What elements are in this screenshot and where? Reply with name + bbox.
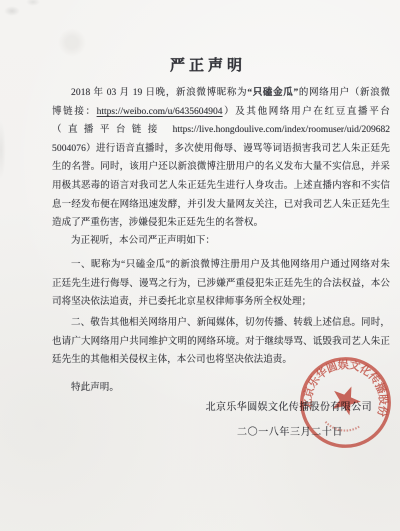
paragraph-line: 2018 年 03 月 19 日晚，新浪微博昵称为“只磕金瓜”的网络用户（新浪微 bbox=[52, 84, 390, 103]
line-text: 的网络用户（新浪微 bbox=[298, 88, 390, 98]
lead-in: 为正视听，本公司严正声明如下： bbox=[52, 232, 390, 251]
paragraph-line: 用极其恶毒的语言对我司艺人朱正廷先生进行人身攻击。上述直播内容和不实信 bbox=[52, 177, 390, 196]
statement-document: 严正声明 2018 年 03 月 19 日晚，新浪微博昵称为“只磕金瓜”的网络用… bbox=[0, 0, 400, 531]
paragraph-line: 息一经发布便在网络迅速发酵，并引发大量网友关注，已对我司艺人朱正廷先生 bbox=[52, 196, 390, 215]
paragraph-line: 博链接：https://weibo.com/u/6435604904）及其他网络… bbox=[52, 103, 390, 122]
paragraph-line: 为正视听，本公司严正声明如下： bbox=[52, 232, 390, 251]
line-text: ）及其他网络用户在红豆直播平台 bbox=[223, 107, 390, 117]
paragraph-line: 也请广大网络用户共同维护文明的网络环境。对于继续辱骂、诋毁我司艺人朱正 bbox=[52, 333, 390, 352]
closing-line: 特此声明。 bbox=[52, 379, 390, 398]
weibo-nickname: “只磕金瓜” bbox=[247, 88, 298, 98]
line-text: 博链接： bbox=[52, 107, 97, 117]
statement-item-1: 一、昵称为“只磕金瓜”的新浪微博注册用户及其他网络用户通过网络对朱 正廷先生进行… bbox=[52, 256, 390, 312]
paper-smudge bbox=[4, 6, 20, 16]
paragraph-line: 造成了严重伤害，涉嫌侵犯朱正廷先生的名誉权。 bbox=[52, 214, 390, 233]
company-signature: 北京乐华圆娱文化传播股份有限公司 bbox=[206, 401, 372, 415]
paragraph-line: 二、敬告其他相关网络用户、新闻媒体，切勿传播、转载上述信息。同时， bbox=[52, 314, 390, 333]
statement-item-2: 二、敬告其他相关网络用户、新闻媒体，切勿传播、转载上述信息。同时， 也请广大网络… bbox=[52, 314, 390, 370]
statement-title: 严正声明 bbox=[0, 54, 400, 75]
paragraph-line: 5004076）进行语音直播时，多次使用侮辱、谩骂等词语损害我司艺人朱正廷先 bbox=[52, 140, 390, 159]
paragraph-line: 特此声明。 bbox=[52, 379, 390, 398]
paragraph-line: 司将坚决依法追责，并已委托北京星权律师事务所全权处理； bbox=[52, 293, 390, 312]
paper-smudge bbox=[26, 0, 40, 6]
paragraph-1: 2018 年 03 月 19 日晚，新浪微博昵称为“只磕金瓜”的网络用户（新浪微… bbox=[52, 84, 390, 233]
weibo-link: https://weibo.com/u/6435604904 bbox=[97, 107, 223, 117]
date-line: 二〇一八年三月二十日 bbox=[237, 426, 343, 440]
paragraph-line: 廷先生的其他相关侵权主体，本公司也将坚决依法追责。 bbox=[52, 351, 390, 370]
line-text: 2018 年 03 月 19 日晚，新浪微博昵称为 bbox=[71, 88, 247, 98]
paragraph-line: （直播平台链接 https://live.hongdoulive.com/ind… bbox=[52, 121, 390, 140]
paper-smudge bbox=[0, 120, 6, 180]
paragraph-line: 正廷先生进行侮辱、谩骂之行为，已涉嫌严重侵犯朱正廷先生的合法权益，本公 bbox=[52, 275, 390, 294]
paragraph-line: 一、昵称为“只磕金瓜”的新浪微博注册用户及其他网络用户通过网络对朱 bbox=[52, 256, 390, 275]
paragraph-line: 生的名誉。同时，该用户还以新浪微博注册用户的名义发布大量不实信息，并采 bbox=[52, 158, 390, 177]
